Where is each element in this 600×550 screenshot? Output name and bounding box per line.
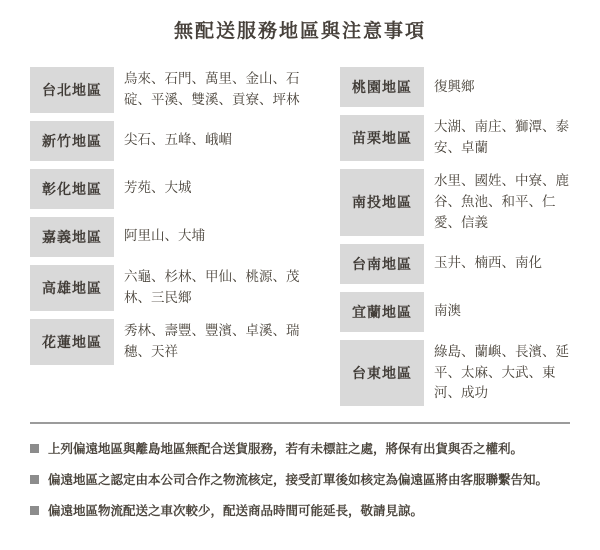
region-row-miaoli: 苗栗地區 大湖、南庄、獅潭、泰安、卓蘭	[340, 115, 570, 161]
region-label: 嘉義地區	[30, 217, 114, 257]
region-column-left: 台北地區 烏來、石門、萬里、金山、石碇、平溪、雙溪、貢寮、坪林 新竹地區 尖石、…	[30, 67, 326, 406]
region-label: 苗栗地區	[340, 115, 424, 161]
bullet-square-icon	[30, 444, 39, 453]
region-areas: 烏來、石門、萬里、金山、石碇、平溪、雙溪、貢寮、坪林	[124, 67, 326, 113]
note-item: 上列偏遠地區與離島地區無配合送貨服務，若有未標註之處，將保有出貨與否之權利。	[30, 440, 570, 459]
region-row-kaohsiung: 高雄地區 六龜、杉林、甲仙、桃源、茂林、三民鄉	[30, 265, 326, 311]
bullet-square-icon	[30, 475, 39, 484]
region-row-taitung: 台東地區 綠島、蘭嶼、長濱、延平、太麻、大武、東河、成功	[340, 340, 570, 407]
region-areas: 水里、國姓、中寮、鹿谷、魚池、和平、仁愛、信義	[434, 169, 570, 236]
region-label: 台北地區	[30, 67, 114, 113]
region-row-changhua: 彰化地區 芳苑、大城	[30, 169, 326, 209]
region-row-yilan: 宜蘭地區 南澳	[340, 292, 570, 332]
page-title: 無配送服務地區與注意事項	[30, 16, 570, 43]
region-label: 桃園地區	[340, 67, 424, 107]
region-areas: 大湖、南庄、獅潭、泰安、卓蘭	[434, 115, 570, 161]
region-row-taipei: 台北地區 烏來、石門、萬里、金山、石碇、平溪、雙溪、貢寮、坪林	[30, 67, 326, 113]
region-areas: 復興鄉	[434, 67, 570, 107]
region-label: 台東地區	[340, 340, 424, 407]
region-row-hsinchu: 新竹地區 尖石、五峰、峨嵋	[30, 121, 326, 161]
region-row-tainan: 台南地區 玉井、楠西、南化	[340, 244, 570, 284]
region-label: 南投地區	[340, 169, 424, 236]
region-row-nantou: 南投地區 水里、國姓、中寮、鹿谷、魚池、和平、仁愛、信義	[340, 169, 570, 236]
region-areas: 阿里山、大埔	[124, 217, 326, 257]
region-areas: 玉井、楠西、南化	[434, 244, 570, 284]
note-text: 偏遠地區之認定由本公司合作之物流核定，接受訂單後如核定為偏遠區將由客服聯繫告知。	[48, 471, 548, 490]
region-label: 高雄地區	[30, 265, 114, 311]
region-label: 台南地區	[340, 244, 424, 284]
region-areas: 尖石、五峰、峨嵋	[124, 121, 326, 161]
region-areas: 秀林、壽豐、豐濱、卓溪、瑞穗、天祥	[124, 319, 326, 365]
region-row-hualien: 花蓮地區 秀林、壽豐、豐濱、卓溪、瑞穗、天祥	[30, 319, 326, 365]
region-row-chiayi: 嘉義地區 阿里山、大埔	[30, 217, 326, 257]
note-item: 偏遠地區之認定由本公司合作之物流核定，接受訂單後如核定為偏遠區將由客服聯繫告知。	[30, 471, 570, 490]
region-areas: 六龜、杉林、甲仙、桃源、茂林、三民鄉	[124, 265, 326, 311]
note-text: 上列偏遠地區與離島地區無配合送貨服務，若有未標註之處，將保有出貨與否之權利。	[48, 440, 523, 459]
no-delivery-notice-page: 無配送服務地區與注意事項 台北地區 烏來、石門、萬里、金山、石碇、平溪、雙溪、貢…	[0, 0, 600, 550]
bullet-square-icon	[30, 506, 39, 515]
region-label: 宜蘭地區	[340, 292, 424, 332]
region-column-right: 桃園地區 復興鄉 苗栗地區 大湖、南庄、獅潭、泰安、卓蘭 南投地區 水里、國姓、…	[340, 67, 570, 406]
region-row-taoyuan: 桃園地區 復興鄉	[340, 67, 570, 107]
region-areas: 綠島、蘭嶼、長濱、延平、太麻、大武、東河、成功	[434, 340, 570, 407]
region-areas: 芳苑、大城	[124, 169, 326, 209]
note-item: 偏遠地區物流配送之車次較少，配送商品時間可能延長，敬請見諒。	[30, 502, 570, 521]
region-areas: 南澳	[434, 292, 570, 332]
region-table: 台北地區 烏來、石門、萬里、金山、石碇、平溪、雙溪、貢寮、坪林 新竹地區 尖石、…	[30, 67, 570, 406]
region-label: 新竹地區	[30, 121, 114, 161]
note-text: 偏遠地區物流配送之車次較少，配送商品時間可能延長，敬請見諒。	[48, 502, 423, 521]
notes-section: 上列偏遠地區與離島地區無配合送貨服務，若有未標註之處，將保有出貨與否之權利。 偏…	[30, 422, 570, 520]
region-label: 花蓮地區	[30, 319, 114, 365]
region-label: 彰化地區	[30, 169, 114, 209]
